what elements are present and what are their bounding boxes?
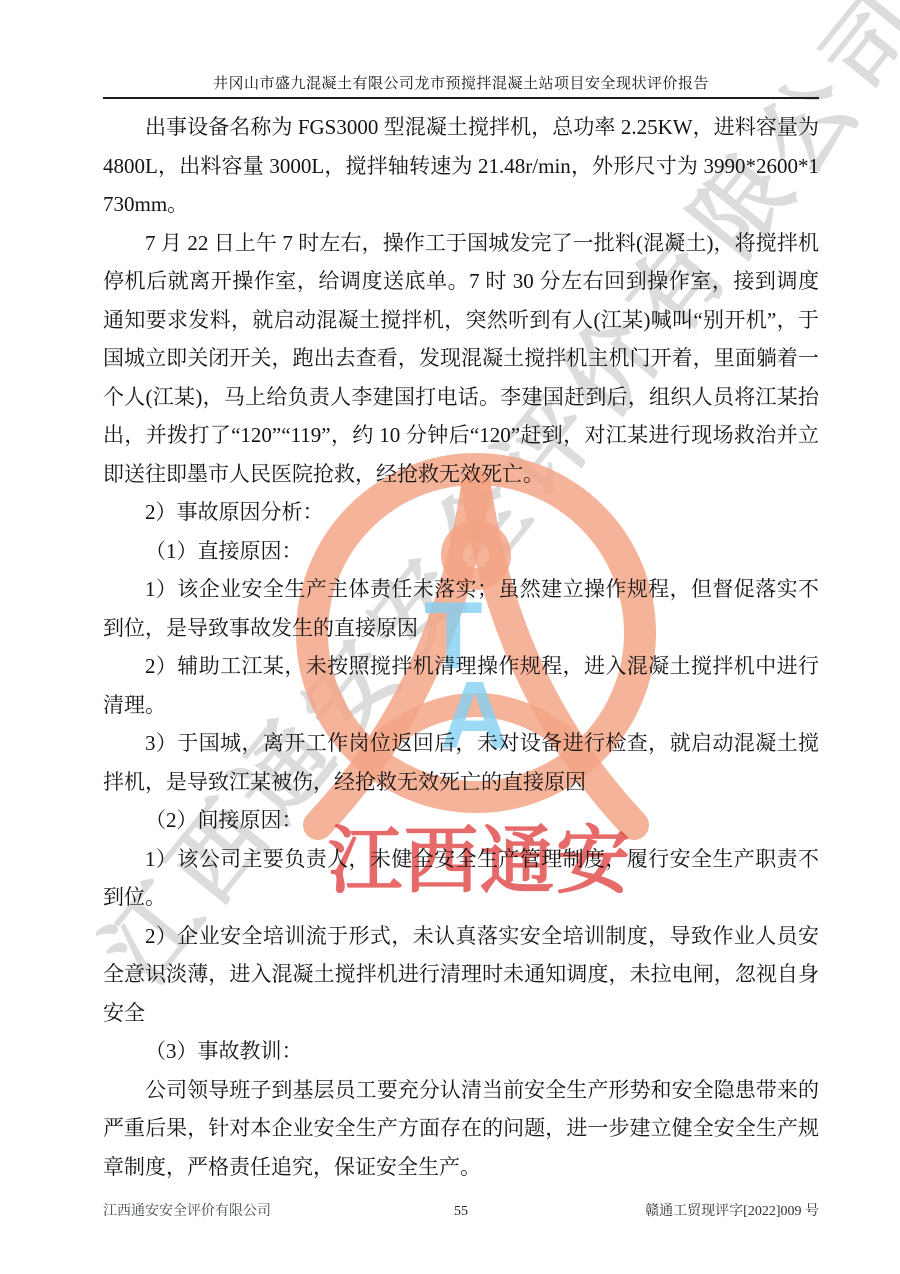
page-footer: 江西通安安全评价有限公司 55 赣通工贸现评字[2022]009 号: [103, 1200, 819, 1220]
heading-cause-analysis: 2）事故原因分析：: [103, 493, 819, 532]
header-title: 井冈山市盛九混凝土有限公司龙市预搅拌混凝土站项目安全现状评价报告: [103, 74, 819, 94]
header-rule: [103, 97, 819, 99]
document-header: 井冈山市盛九混凝土有限公司龙市预搅拌混凝土站项目安全现状评价报告: [103, 74, 819, 99]
footer-company: 江西通安安全评价有限公司: [103, 1200, 454, 1220]
paragraph-indirect-cause-1: 1）该公司主要负责人，未健全安全生产管理制度，履行安全生产职责不到位。: [103, 840, 819, 917]
footer-page-number: 55: [454, 1204, 468, 1220]
paragraph-direct-cause-1: 1）该企业安全生产主体责任未落实；虽然建立操作规程，但督促落实不到位，是导致事故…: [103, 570, 819, 647]
paragraph-direct-cause-3: 3）于国城，离开工作岗位返回后，未对设备进行检查，就启动混凝土搅拌机，是导致江某…: [103, 724, 819, 801]
paragraph-indirect-cause-2: 2）企业安全培训流于形式，未认真落实安全培训制度，导致作业人员安全意识淡薄，进入…: [103, 917, 819, 1033]
document-body: 出事设备名称为 FGS3000 型混凝土搅拌机，总功率 2.25KW，进料容量为…: [103, 108, 819, 1186]
paragraph-accident-account: 7 月 22 日上午 7 时左右，操作工于国城发完了一批料(混凝土)，将搅拌机停…: [103, 224, 819, 494]
document-content: 井冈山市盛九混凝土有限公司龙市预搅拌混凝土站项目安全现状评价报告 出事设备名称为…: [0, 0, 900, 1186]
paragraph-lessons: 公司领导班子到基层员工要充分认清当前安全生产形势和安全隐患带来的严重后果，针对本…: [103, 1071, 819, 1187]
heading-indirect-cause: （2）间接原因：: [103, 801, 819, 840]
heading-direct-cause: （1）直接原因：: [103, 532, 819, 571]
paragraph-equipment-info: 出事设备名称为 FGS3000 型混凝土搅拌机，总功率 2.25KW，进料容量为…: [103, 108, 819, 224]
paragraph-direct-cause-2: 2）辅助工江某，未按照搅拌机清理操作规程，进入混凝土搅拌机中进行清理。: [103, 647, 819, 724]
heading-accident-lessons: （3）事故教训：: [103, 1032, 819, 1071]
document-page: 江西通安安全评价有限公司 T A 江西通安 井冈山市盛九混凝土有限公司龙市预搅拌…: [0, 0, 900, 1274]
footer-doc-number: 赣通工贸现评字[2022]009 号: [468, 1200, 819, 1220]
